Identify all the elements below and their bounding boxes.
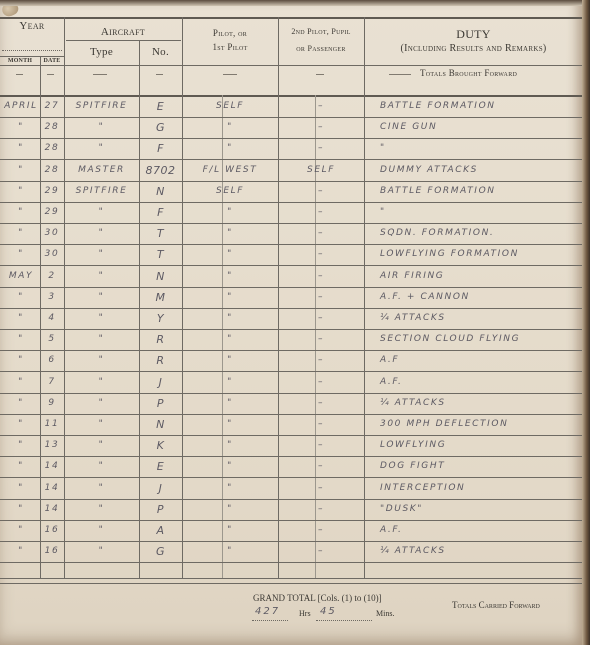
cell-date[interactable]: 9: [40, 393, 64, 414]
header-aircraft: Aircraft: [64, 26, 182, 38]
cell-pilot[interactable]: SELF: [182, 181, 278, 202]
cell-month[interactable]: ": [2, 287, 40, 308]
cell-month[interactable]: ": [2, 160, 40, 181]
footer-top-line: [0, 578, 583, 579]
cell-duty[interactable]: ": [380, 202, 580, 223]
cell-no[interactable]: P: [139, 393, 182, 414]
hours-dotted-line: [252, 620, 288, 621]
cell-duty[interactable]: A.F. + CANNON: [380, 287, 580, 308]
cell-second-pilot[interactable]: –: [278, 393, 364, 414]
cell-date[interactable]: 3: [40, 287, 64, 308]
dash-month: [16, 74, 23, 75]
cell-date[interactable]: 14: [40, 478, 64, 499]
cell-second-pilot[interactable]: [278, 562, 364, 583]
dash-pilot: [223, 74, 237, 75]
cell-pilot[interactable]: ": [182, 308, 278, 329]
cell-pilot[interactable]: ": [182, 499, 278, 520]
cell-month[interactable]: ": [2, 223, 40, 244]
cell-pilot[interactable]: ": [182, 520, 278, 541]
cell-date[interactable]: 30: [40, 223, 64, 244]
cell-second-pilot[interactable]: –: [278, 308, 364, 329]
cell-pilot[interactable]: ": [182, 329, 278, 350]
cell-second-pilot[interactable]: –: [278, 266, 364, 287]
cell-pilot[interactable]: ": [182, 372, 278, 393]
cell-second-pilot[interactable]: –: [278, 329, 364, 350]
header-year: Year: [0, 20, 64, 32]
dash-second: [316, 74, 324, 75]
cell-pilot[interactable]: ": [182, 287, 278, 308]
cell-type[interactable]: ": [64, 223, 139, 244]
cell-month[interactable]: ": [2, 308, 40, 329]
dash-type: [93, 74, 107, 75]
cell-date[interactable]: 13: [40, 435, 64, 456]
grand-total-hours[interactable]: 427: [255, 606, 280, 617]
cell-no[interactable]: T: [139, 223, 182, 244]
cell-duty[interactable]: SQDN. FORMATION.: [380, 223, 580, 244]
cell-second-pilot[interactable]: –: [278, 414, 364, 435]
cell-date[interactable]: 16: [40, 520, 64, 541]
cell-type[interactable]: ": [64, 138, 139, 159]
cell-date[interactable]: 14: [40, 499, 64, 520]
cell-type[interactable]: ": [64, 414, 139, 435]
cell-second-pilot[interactable]: –: [278, 223, 364, 244]
cell-duty[interactable]: A.F.: [380, 520, 580, 541]
cell-type[interactable]: SPITFIRE: [64, 181, 139, 202]
cell-type[interactable]: ": [64, 393, 139, 414]
cell-month[interactable]: ": [2, 244, 40, 265]
year-dotted-line: [2, 50, 62, 51]
cell-date[interactable]: 30: [40, 244, 64, 265]
cell-pilot[interactable]: ": [182, 478, 278, 499]
cell-pilot[interactable]: ": [182, 393, 278, 414]
totals-carried-forward: Totals Carried Forward: [452, 600, 540, 610]
cell-pilot[interactable]: SELF: [182, 96, 278, 117]
cell-pilot[interactable]: ": [182, 456, 278, 477]
cell-no[interactable]: R: [139, 350, 182, 371]
cell-month[interactable]: MAY: [2, 266, 40, 287]
cell-no[interactable]: G: [139, 541, 182, 562]
cell-type[interactable]: ": [64, 372, 139, 393]
cell-month[interactable]: ": [2, 520, 40, 541]
cell-date[interactable]: [40, 562, 64, 583]
minutes-label: Mins.: [376, 609, 394, 618]
cell-date[interactable]: 5: [40, 329, 64, 350]
header-pilot-line1: Pilot, or: [182, 28, 278, 38]
header-second-pilot-line1: 2nd Pilot, Pupil: [278, 27, 364, 36]
cell-second-pilot[interactable]: –: [278, 138, 364, 159]
cell-date[interactable]: 4: [40, 308, 64, 329]
cell-duty[interactable]: DUMMY ATTACKS: [380, 160, 580, 181]
cell-no[interactable]: F: [139, 138, 182, 159]
header-duty-title: DUTY: [364, 27, 583, 42]
cell-type[interactable]: ": [64, 266, 139, 287]
cell-pilot[interactable]: ": [182, 117, 278, 138]
header-duty-subtitle: (Including Results and Remarks): [364, 43, 583, 54]
cell-second-pilot[interactable]: –: [278, 117, 364, 138]
cell-second-pilot[interactable]: –: [278, 478, 364, 499]
cell-duty[interactable]: LOWFLYING FORMATION: [380, 244, 580, 265]
cell-month[interactable]: ": [2, 329, 40, 350]
cell-no[interactable]: J: [139, 372, 182, 393]
cell-no[interactable]: N: [139, 414, 182, 435]
cell-date[interactable]: 28: [40, 160, 64, 181]
cell-type[interactable]: ": [64, 308, 139, 329]
cell-duty[interactable]: INTERCEPTION: [380, 478, 580, 499]
cell-pilot[interactable]: ": [182, 350, 278, 371]
row-divider: [0, 583, 583, 584]
cell-date[interactable]: 7: [40, 372, 64, 393]
cell-second-pilot[interactable]: SELF: [278, 160, 364, 181]
cell-type[interactable]: ": [64, 456, 139, 477]
cell-second-pilot[interactable]: –: [278, 202, 364, 223]
cell-pilot[interactable]: ": [182, 138, 278, 159]
cell-type[interactable]: MASTER: [64, 160, 139, 181]
cell-duty[interactable]: A.F: [380, 350, 580, 371]
cell-type[interactable]: ": [64, 117, 139, 138]
cell-month[interactable]: ": [2, 393, 40, 414]
cell-no[interactable]: M: [139, 287, 182, 308]
cell-pilot[interactable]: ": [182, 414, 278, 435]
aircraft-subheader-line: [66, 40, 181, 41]
cell-type[interactable]: ": [64, 435, 139, 456]
grand-total-minutes[interactable]: 45: [320, 606, 337, 617]
cell-month[interactable]: ": [2, 350, 40, 371]
cell-no[interactable]: T: [139, 244, 182, 265]
cell-second-pilot[interactable]: –: [278, 181, 364, 202]
cell-no[interactable]: F: [139, 202, 182, 223]
cell-duty[interactable]: BATTLE FORMATION: [380, 96, 580, 117]
cell-date[interactable]: 29: [40, 181, 64, 202]
cell-second-pilot[interactable]: –: [278, 541, 364, 562]
page-top-edge: [0, 0, 590, 6]
cell-duty[interactable]: ¼ ATTACKS: [380, 541, 580, 562]
cell-type[interactable]: ": [64, 244, 139, 265]
cell-date[interactable]: 27: [40, 96, 64, 117]
cell-duty[interactable]: AIR FIRING: [380, 266, 580, 287]
cell-pilot[interactable]: ": [182, 244, 278, 265]
cell-pilot[interactable]: ": [182, 435, 278, 456]
cell-duty[interactable]: SECTION CLOUD FLYING: [380, 329, 580, 350]
cell-second-pilot[interactable]: –: [278, 499, 364, 520]
cell-date[interactable]: 29: [40, 202, 64, 223]
cell-duty[interactable]: ¼ ATTACKS: [380, 393, 580, 414]
cell-date[interactable]: 6: [40, 350, 64, 371]
dash-no: [156, 74, 163, 75]
cell-no[interactable]: 8702: [139, 160, 182, 181]
cell-month[interactable]: ": [2, 117, 40, 138]
cell-month[interactable]: ": [2, 478, 40, 499]
cell-type[interactable]: ": [64, 520, 139, 541]
cell-pilot[interactable]: ": [182, 541, 278, 562]
hours-label: Hrs: [299, 609, 311, 618]
cell-duty[interactable]: ¼ ATTACKS: [380, 308, 580, 329]
cell-month[interactable]: ": [2, 414, 40, 435]
cell-no[interactable]: P: [139, 499, 182, 520]
header-pilot-line2: 1st Pilot: [182, 42, 278, 52]
cell-month[interactable]: ": [2, 202, 40, 223]
cell-pilot[interactable]: ": [182, 266, 278, 287]
cell-month[interactable]: ": [2, 499, 40, 520]
cell-type[interactable]: ": [64, 329, 139, 350]
month-date-divider: [0, 56, 64, 57]
cell-type[interactable]: ": [64, 287, 139, 308]
cell-duty[interactable]: ": [380, 138, 580, 159]
cell-date[interactable]: 11: [40, 414, 64, 435]
cell-month[interactable]: ": [2, 435, 40, 456]
cell-second-pilot[interactable]: –: [278, 350, 364, 371]
header-month: MONTH: [0, 58, 40, 64]
cell-no[interactable]: G: [139, 117, 182, 138]
cell-month[interactable]: ": [2, 138, 40, 159]
cell-type[interactable]: ": [64, 478, 139, 499]
cell-no[interactable]: E: [139, 456, 182, 477]
cell-date[interactable]: 28: [40, 138, 64, 159]
logbook-page: Year MONTH DATE Aircraft Type No. Pilot,…: [0, 0, 583, 645]
header-date: DATE: [40, 58, 64, 64]
dash-date: [47, 74, 54, 75]
header-no: No.: [139, 46, 182, 58]
cell-type[interactable]: ": [64, 202, 139, 223]
cell-no[interactable]: J: [139, 478, 182, 499]
cell-month[interactable]: APRIL: [2, 96, 40, 117]
cell-second-pilot[interactable]: –: [278, 520, 364, 541]
totals-brought-forward: Totals Brought Forward: [420, 68, 580, 78]
cell-duty[interactable]: CINE GUN: [380, 117, 580, 138]
cell-type[interactable]: ": [64, 541, 139, 562]
cell-type[interactable]: ": [64, 499, 139, 520]
cell-duty[interactable]: 300 MPH DEFLECTION: [380, 414, 580, 435]
cell-duty[interactable]: DOG FIGHT: [380, 456, 580, 477]
cell-type[interactable]: SPITFIRE: [64, 96, 139, 117]
cell-no[interactable]: K: [139, 435, 182, 456]
cell-second-pilot[interactable]: –: [278, 287, 364, 308]
cell-duty[interactable]: "DUSK": [380, 499, 580, 520]
cell-no[interactable]: Y: [139, 308, 182, 329]
cell-date[interactable]: 14: [40, 456, 64, 477]
cell-pilot[interactable]: [182, 562, 278, 583]
cell-second-pilot[interactable]: –: [278, 435, 364, 456]
page-binding-edge: [582, 0, 590, 645]
cell-no[interactable]: [139, 562, 182, 583]
cell-pilot[interactable]: F/L WEST: [182, 160, 278, 181]
cell-month[interactable]: ": [2, 541, 40, 562]
cell-no[interactable]: N: [139, 181, 182, 202]
cell-month[interactable]: ": [2, 372, 40, 393]
dash-duty: [389, 74, 411, 75]
cell-duty[interactable]: A.F.: [380, 372, 580, 393]
cell-duty[interactable]: BATTLE FORMATION: [380, 181, 580, 202]
cell-type[interactable]: ": [64, 350, 139, 371]
cell-pilot[interactable]: ": [182, 223, 278, 244]
cell-duty[interactable]: [380, 562, 580, 583]
cell-second-pilot[interactable]: –: [278, 372, 364, 393]
cell-month[interactable]: ": [2, 181, 40, 202]
cell-no[interactable]: N: [139, 266, 182, 287]
cell-no[interactable]: R: [139, 329, 182, 350]
cell-second-pilot[interactable]: –: [278, 96, 364, 117]
cell-type[interactable]: [64, 562, 139, 583]
cell-date[interactable]: 28: [40, 117, 64, 138]
header-type: Type: [64, 46, 139, 58]
cell-date[interactable]: 16: [40, 541, 64, 562]
cell-date[interactable]: 2: [40, 266, 64, 287]
cell-duty[interactable]: LOWFLYING: [380, 435, 580, 456]
header-bottom-line: [0, 65, 583, 66]
cell-month[interactable]: [2, 562, 40, 583]
col-line-second-duty: [364, 17, 365, 579]
header-second-pilot-line2: or Passenger: [278, 44, 364, 53]
table-top-border: [0, 17, 583, 19]
cell-no[interactable]: A: [139, 520, 182, 541]
grand-total-label: GRAND TOTAL [Cols. (1) to (10)]: [253, 593, 382, 603]
minutes-dotted-line: [316, 620, 372, 621]
cell-second-pilot[interactable]: –: [278, 244, 364, 265]
cell-month[interactable]: ": [2, 456, 40, 477]
cell-no[interactable]: E: [139, 96, 182, 117]
cell-pilot[interactable]: ": [182, 202, 278, 223]
cell-second-pilot[interactable]: –: [278, 456, 364, 477]
